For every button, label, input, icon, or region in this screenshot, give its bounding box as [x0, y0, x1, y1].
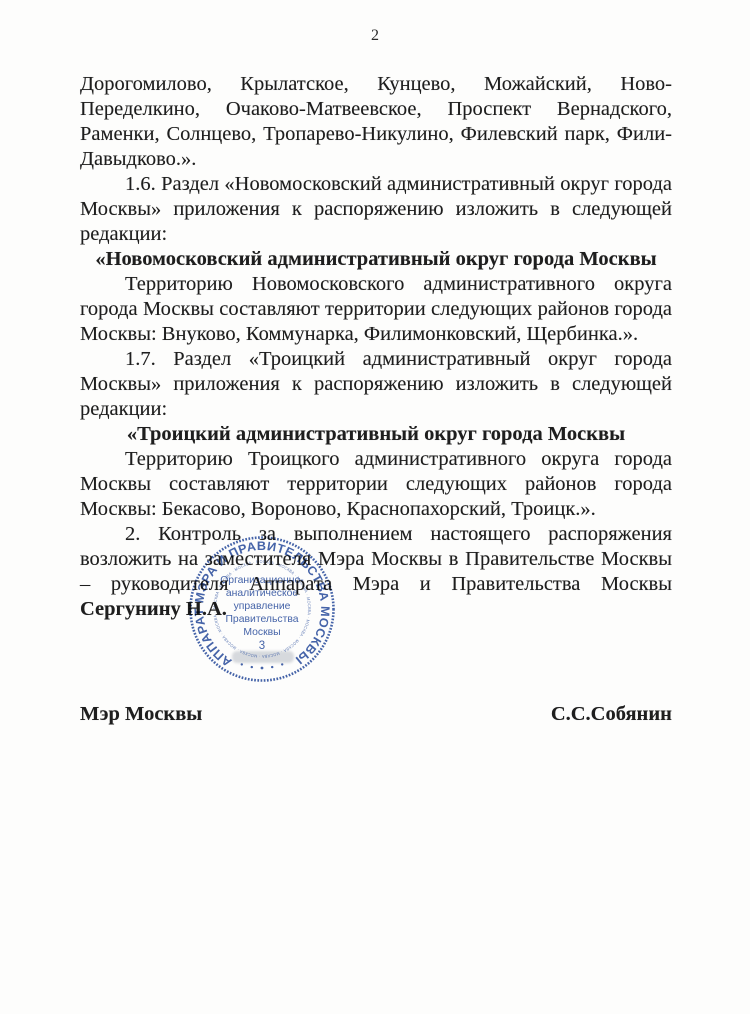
svg-text:3: 3: [259, 640, 265, 652]
signature-title: Мэр Москвы: [80, 702, 202, 727]
paragraph: 1.6. Раздел «Новомосковский администрати…: [80, 172, 672, 247]
section-heading: «Троицкий административный округ города …: [80, 422, 672, 447]
seal-bottom-dots: [241, 663, 284, 669]
bold-name: Сергунину Н.А.: [80, 598, 227, 620]
page-number: 2: [0, 0, 750, 45]
document-page: 2 Дорогомилово, Крылатское, Кунцево, Мож…: [0, 0, 750, 1014]
signature-name: С.С.Собянин: [551, 702, 672, 727]
svg-text:Москвы: Москвы: [243, 627, 280, 638]
paragraph: 1.7. Раздел «Троицкий административный о…: [80, 347, 672, 422]
seal-smudge: [232, 651, 294, 663]
signature-row: Мэр Москвы С.С.Собянин: [80, 702, 672, 727]
document-body: Дорогомилово, Крылатское, Кунцево, Можай…: [80, 72, 672, 622]
paragraph: Территорию Троицкого административного о…: [80, 447, 672, 522]
section-heading: «Новомосковский административный округ г…: [80, 247, 672, 272]
paragraph: 2. Контроль за выполнением настоящего ра…: [80, 522, 672, 622]
paragraph: Территорию Новомосковского административ…: [80, 272, 672, 347]
paragraph: Дорогомилово, Крылатское, Кунцево, Можай…: [80, 72, 672, 172]
